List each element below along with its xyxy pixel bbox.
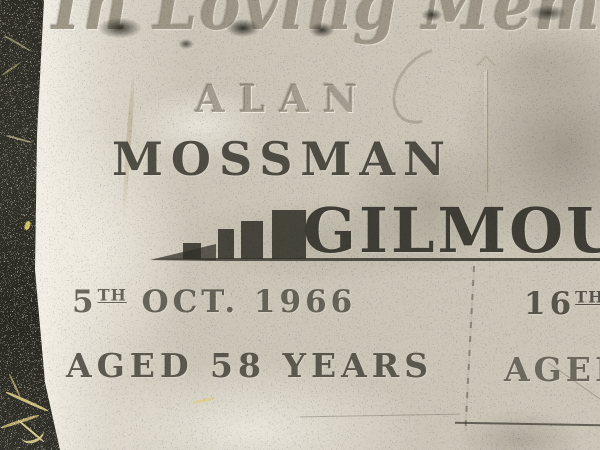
middle-name-text: MOSSMAN [112, 132, 453, 186]
ordinal-suffix: TH [575, 288, 600, 307]
gravestone-photo: In Loving Memory ALAN MOSSMAN GILMOUR 5T… [0, 0, 600, 450]
ordinal-suffix: TH [98, 286, 127, 305]
surname-band-text: GILMOUR [303, 194, 600, 267]
death-day: 16 [524, 286, 575, 322]
swash-bar [241, 221, 263, 259]
horizontal-rule [148, 258, 600, 261]
death-month-year: OCT. 1966 [142, 284, 357, 320]
death-date-right-fragment: 16TH [524, 286, 600, 322]
death-date-left: 5TH OCT. 1966 [72, 284, 356, 320]
death-day: 5 [72, 284, 98, 320]
age-text-left: AGED 58 YEARS [66, 346, 433, 385]
column-divider-upper [484, 70, 487, 192]
lichen-patches [0, 0, 600, 70]
swash-bar [218, 229, 234, 259]
given-name-text: ALAN [195, 76, 371, 121]
age-text-right-fragment: AGED [504, 350, 600, 389]
swash-bar [272, 210, 306, 259]
swash-bar [183, 243, 201, 259]
